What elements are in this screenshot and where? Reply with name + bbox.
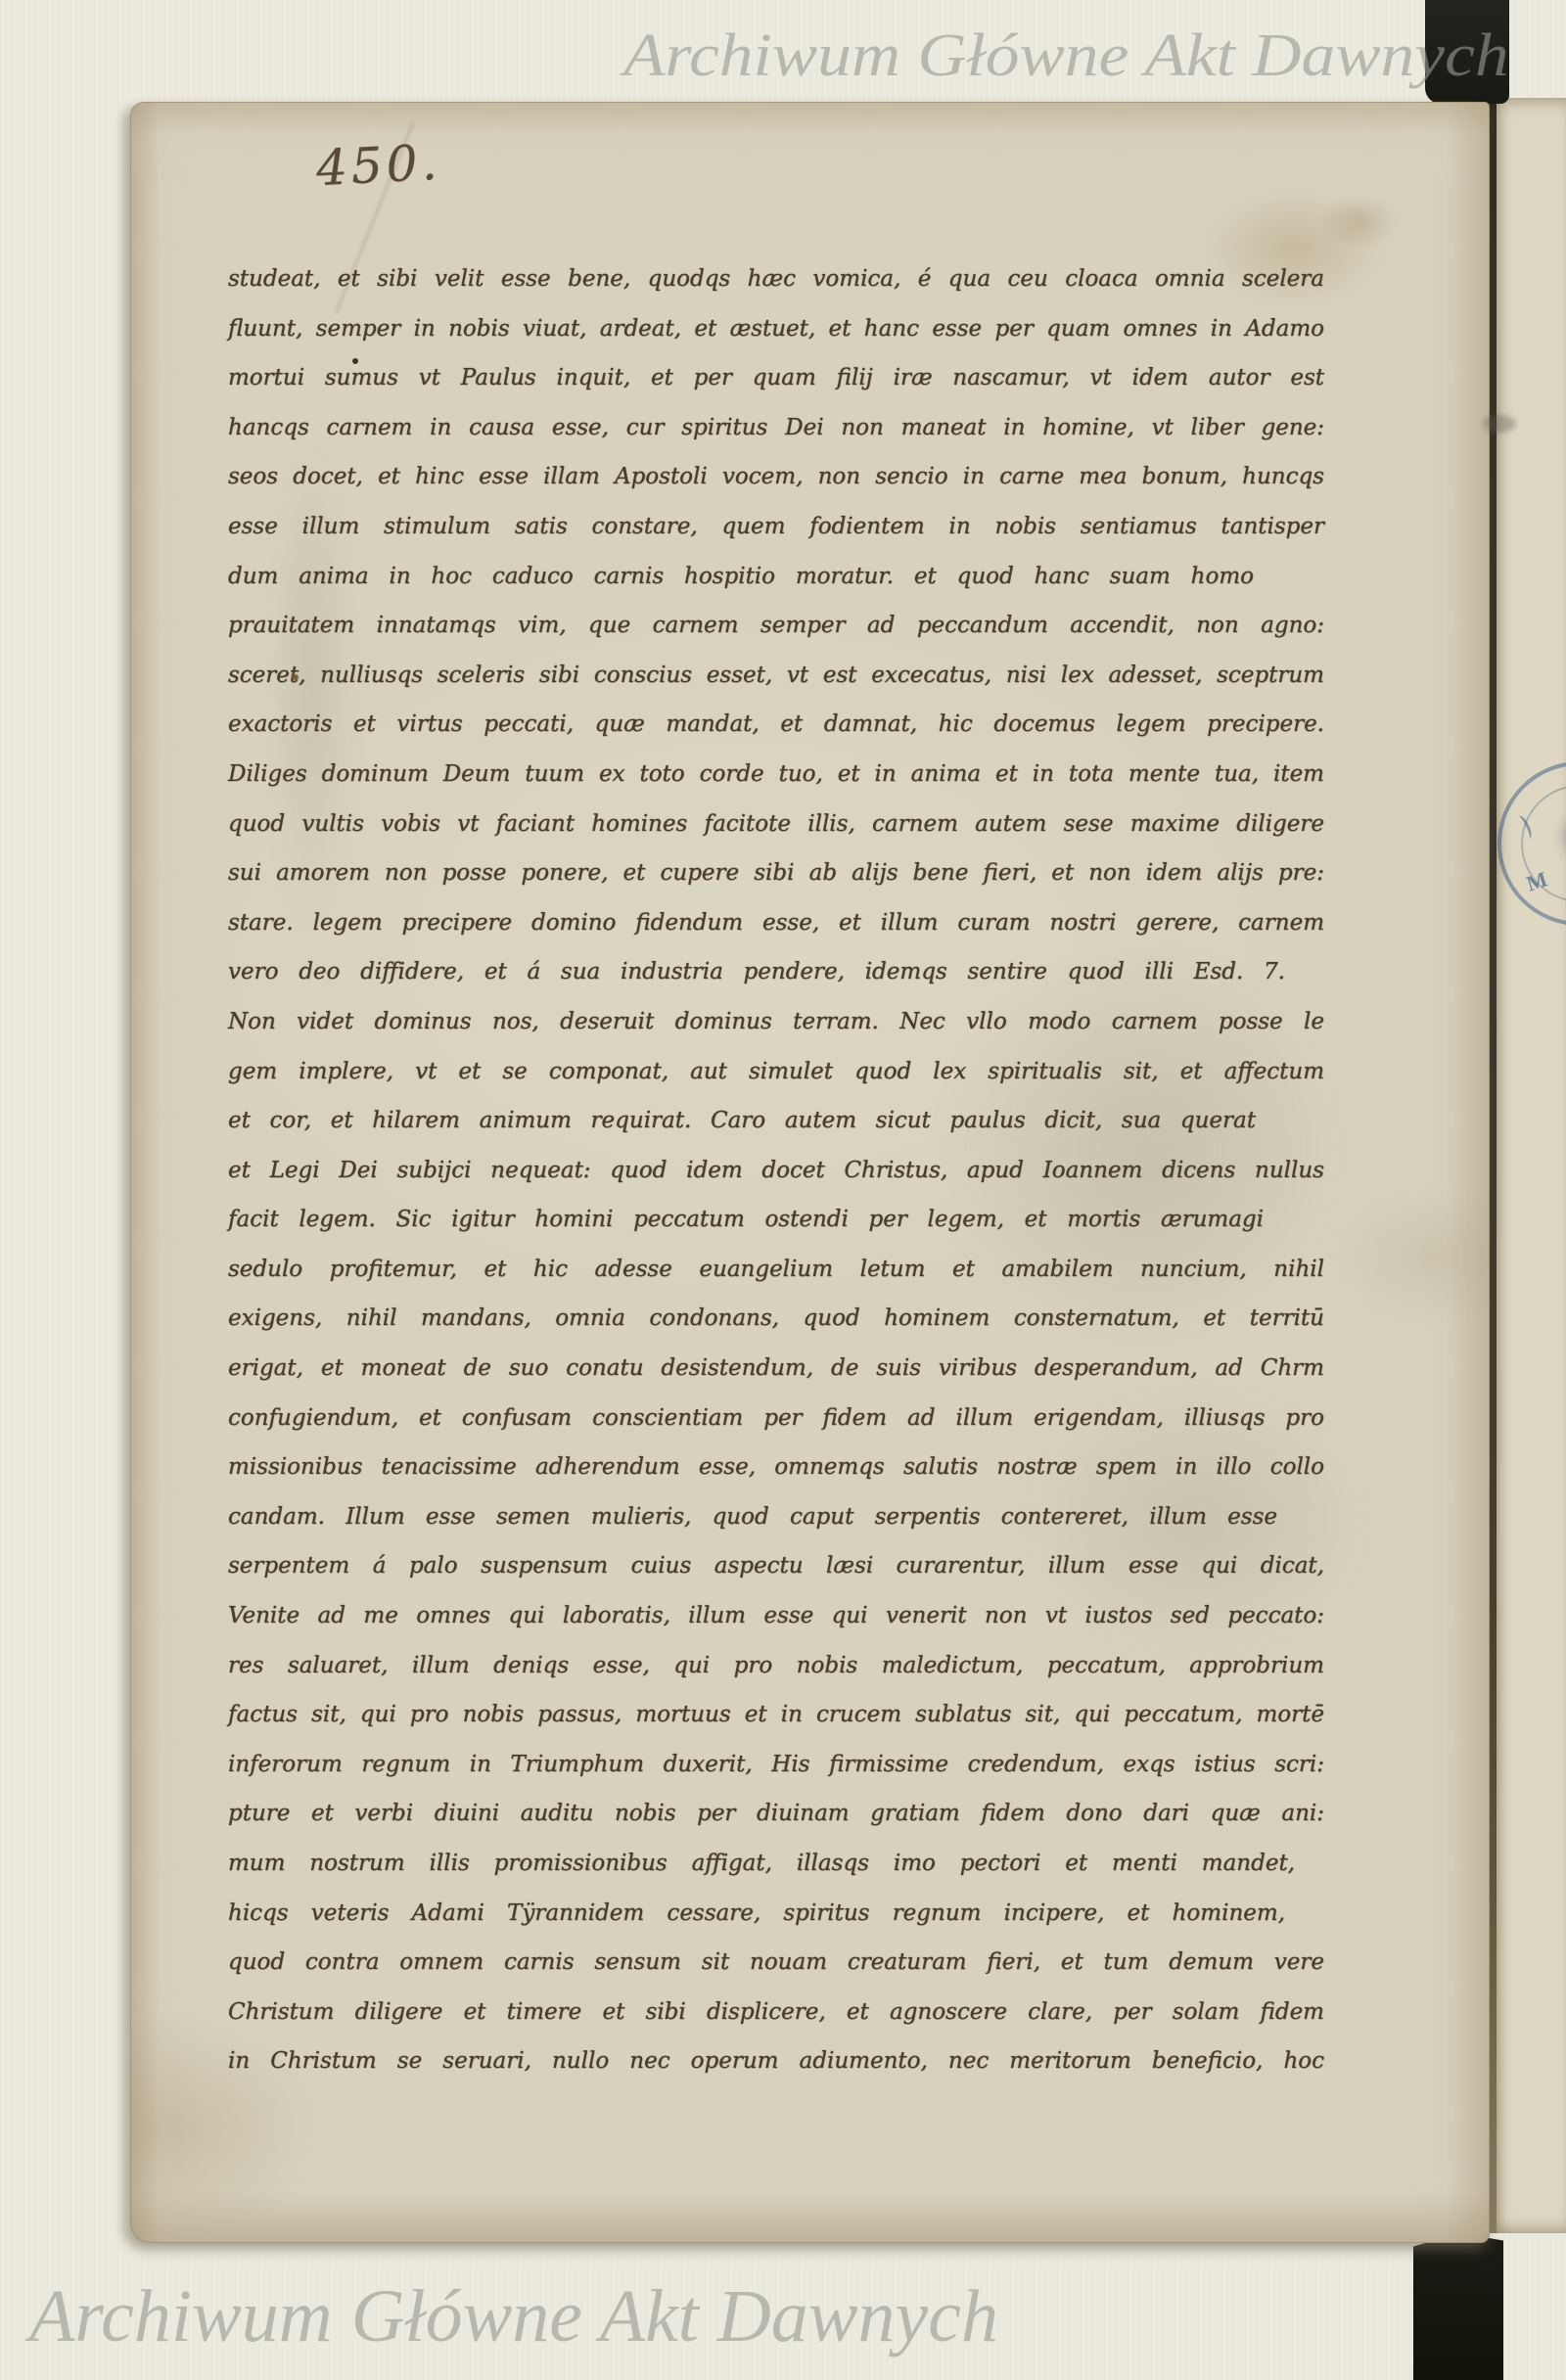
manuscript-line: et Legi Dei subijci nequeat: quod idem d… [228, 1146, 1324, 1196]
manuscript-line: fluunt, semper in nobis viuat, ardeat, e… [228, 304, 1324, 354]
manuscript-line: Non videt dominus nos, deseruit dominus … [228, 997, 1324, 1047]
manuscript-line: res saluaret, illum deniqs esse, qui pro… [228, 1641, 1324, 1691]
manuscript-line: studeat, et sibi velit esse bene, quodqs… [228, 254, 1324, 304]
scanner-background: M 450. studeat, et sibi velit esse bene,… [0, 0, 1566, 2380]
manuscript-line: Diliges dominum Deum tuum ex toto corde … [228, 750, 1324, 800]
ink-speck [292, 674, 299, 680]
manuscript-page: 450. studeat, et sibi velit esse bene, q… [130, 102, 1490, 2243]
manuscript-line: seos docet, et hinc esse illam Apostoli … [228, 452, 1324, 502]
manuscript-line: stare. legem precipere domino fidendum e… [228, 898, 1324, 948]
manuscript-line: factus sit, qui pro nobis passus, mortuu… [228, 1690, 1324, 1740]
manuscript-line: serpentem á palo suspensum cuius aspectu… [228, 1541, 1324, 1591]
manuscript-line: missionibus tenacissime adherendum esse,… [228, 1442, 1324, 1492]
ink-speck [352, 358, 358, 364]
manuscript-text-block: studeat, et sibi velit esse bene, quodqs… [228, 254, 1324, 2086]
manuscript-line: et cor, et hilarem animum requirat. Caro… [228, 1096, 1324, 1146]
manuscript-line: mum nostrum illis promissionibus affigat… [228, 1839, 1324, 1889]
manuscript-line: gem implere, vt et se componat, aut simu… [228, 1047, 1324, 1097]
manuscript-line: dum anima in hoc caduco carnis hospitio … [228, 552, 1324, 602]
manuscript-line: exigens, nihil mandans, omnia condonans,… [228, 1294, 1324, 1344]
manuscript-line: hicqs veteris Adami Tÿrannidem cessare, … [228, 1889, 1324, 1939]
manuscript-line: pture et verbi diuini auditu nobis per d… [228, 1789, 1324, 1839]
manuscript-line: sedulo profitemur, et hic adesse euangel… [228, 1245, 1324, 1295]
manuscript-line: prauitatem innatamqs vim, que carnem sem… [228, 601, 1324, 651]
manuscript-line: quod contra omnem carnis sensum sit noua… [228, 1938, 1324, 1988]
manuscript-line: confugiendum, et confusam conscientiam p… [228, 1394, 1324, 1443]
manuscript-line: hancqs carnem in causa esse, cur spiritu… [228, 403, 1324, 453]
manuscript-line: quod vultis vobis vt faciant homines fac… [228, 800, 1324, 849]
manuscript-line: mortui sumus vt Paulus inquit, et per qu… [228, 353, 1324, 403]
manuscript-line: Venite ad me omnes qui laboratis, illum … [228, 1591, 1324, 1641]
ink-smudge [1483, 415, 1516, 433]
archival-watermark-top: Archiwum Główne Akt Dawnych [623, 22, 1509, 91]
archival-watermark-bottom: Archiwum Główne Akt Dawnych [29, 2274, 998, 2359]
manuscript-line: Christum diligere et timere et sibi disp… [228, 1988, 1324, 2037]
manuscript-line: esse illum stimulum satis constare, quem… [228, 502, 1324, 552]
manuscript-line: inferorum regnum in Triumphum duxerit, H… [228, 1740, 1324, 1790]
manuscript-line: facit legem. Sic igitur homini peccatum … [228, 1195, 1324, 1245]
binding-strap-bottom [1413, 2233, 1503, 2380]
page-number: 450. [315, 134, 442, 198]
manuscript-line: in Christum se seruari, nullo nec operum… [228, 2037, 1324, 2086]
binding-strap-top [1425, 0, 1509, 104]
manuscript-line: exactoris et virtus peccati, quæ mandat,… [228, 700, 1324, 750]
manuscript-line: vero deo diffidere, et á sua industria p… [228, 947, 1324, 997]
manuscript-line: erigat, et moneat de suo conatu desisten… [228, 1344, 1324, 1394]
manuscript-line: sceret, nulliusqs sceleris sibi conscius… [228, 651, 1324, 701]
manuscript-line: candam. Illum esse semen mulieris, quod … [228, 1492, 1324, 1542]
manuscript-line: sui amorem non posse ponere, et cupere s… [228, 848, 1324, 898]
